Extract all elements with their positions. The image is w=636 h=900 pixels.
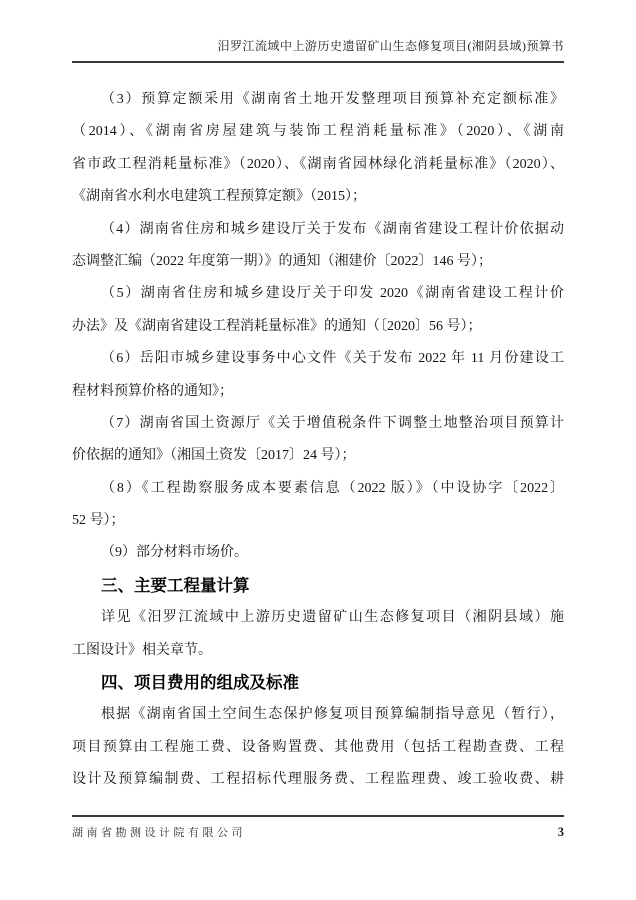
footer-company-name: 湖南省勘测设计院有限公司 <box>72 824 246 840</box>
body-line: 态调整汇编（2022 年度第一期）》的通知（湘建价〔2022〕146 号）； <box>72 246 564 278</box>
page-footer: 湖南省勘测设计院有限公司 3 <box>72 815 564 840</box>
body-line: （7）湖南省国土资源厅《关于增值税条件下调整土地整治项目预算计 <box>72 408 564 440</box>
body-line: （8）《工程勘察服务成本要素信息（2022 版）》（中设协字〔2022〕 <box>72 473 564 505</box>
section-heading: 四、项目费用的组成及标准 <box>72 667 564 699</box>
body-line: （9）部分材料市场价。 <box>72 537 564 569</box>
body-line: 程材料预算价格的通知》； <box>72 376 564 408</box>
body-line: （4）湖南省住房和城乡建设厅关于发布《湖南省建设工程计价依据动 <box>72 214 564 246</box>
document-body: （3）预算定额采用《湖南省土地开发整理项目预算补充定额标准》 （2014）、《湖… <box>72 84 564 797</box>
body-line: 价依据的通知》（湘国土资发〔2017〕24 号）； <box>72 440 564 472</box>
page-number: 3 <box>558 825 564 840</box>
body-line: 工图设计》相关章节。 <box>72 635 564 667</box>
body-line: 设计及预算编制费、工程招标代理服务费、工程监理费、竣工验收费、耕 <box>72 764 564 796</box>
section-heading: 三、主要工程量计算 <box>72 570 564 602</box>
body-line: （2014）、《湖南省房屋建筑与装饰工程消耗量标准》（2020）、《湖南 <box>72 116 564 148</box>
body-line: 项目预算由工程施工费、设备购置费、其他费用（包括工程勘查费、工程 <box>72 732 564 764</box>
body-line: 详见《汨罗江流域中上游历史遗留矿山生态修复项目（湘阴县域）施 <box>72 602 564 634</box>
body-line: 根据《湖南省国土空间生态保护修复项目预算编制指导意见（暂行）， <box>72 699 564 731</box>
body-line: 52 号）； <box>72 505 564 537</box>
body-line: 《湖南省水利水电建筑工程预算定额》（2015）； <box>72 181 564 213</box>
page-header-title: 汨罗江流域中上游历史遗留矿山生态修复项目(湘阴县域)预算书 <box>72 38 564 63</box>
body-line: （5）湖南省住房和城乡建设厅关于印发 2020《湖南省建设工程计价 <box>72 278 564 310</box>
document-page: 汨罗江流域中上游历史遗留矿山生态修复项目(湘阴县域)预算书 （3）预算定额采用《… <box>0 0 636 900</box>
body-line: 省市政工程消耗量标准》（2020）、《湖南省园林绿化消耗量标准》（2020）、 <box>72 149 564 181</box>
body-line: 办法》及《湖南省建设工程消耗量标准》的通知（〔2020〕56 号）； <box>72 311 564 343</box>
body-line: （6）岳阳市城乡建设事务中心文件《关于发布 2022 年 11 月份建设工 <box>72 343 564 375</box>
body-line: （3）预算定额采用《湖南省土地开发整理项目预算补充定额标准》 <box>72 84 564 116</box>
